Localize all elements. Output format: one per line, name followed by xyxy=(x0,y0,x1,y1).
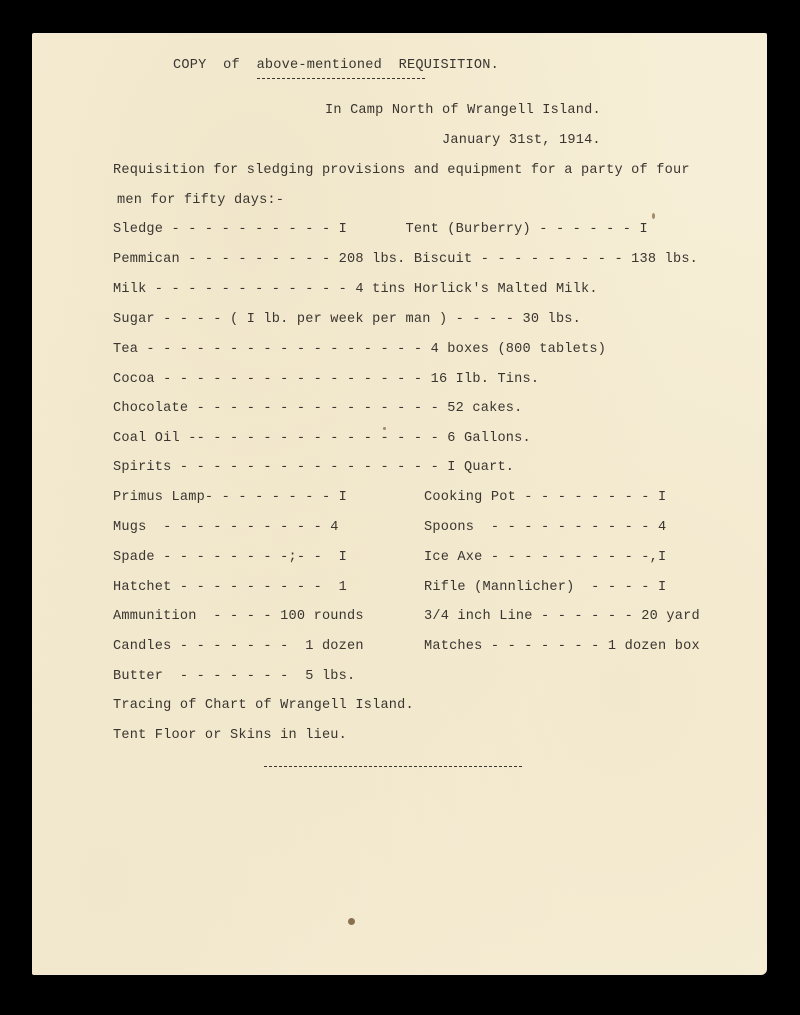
equip-left-spade: Spade - - - - - - - -;- - I xyxy=(113,550,347,566)
equip-right-spoons: Spoons - - - - - - - - - - 4 xyxy=(424,520,666,536)
document-heading: COPY of above-mentioned REQUISITION. xyxy=(173,58,499,74)
row-pemmican-biscuit: Pemmican - - - - - - - - - 208 lbs. Bisc… xyxy=(113,252,698,268)
date-line: January 31st, 1914. xyxy=(442,133,601,149)
equip-right-line: 3/4 inch Line - - - - - - 20 yard xyxy=(424,609,700,625)
equip-left-candles: Candles - - - - - - - 1 dozen xyxy=(113,639,364,655)
row-cocoa: Cocoa - - - - - - - - - - - - - - - - 16… xyxy=(113,372,539,388)
row-milk: Milk - - - - - - - - - - - - 4 tins Horl… xyxy=(113,282,598,298)
heading-underline xyxy=(257,78,425,79)
row-tea: Tea - - - - - - - - - - - - - - - - - 4 … xyxy=(113,342,606,358)
paper-spot xyxy=(348,918,355,925)
equip-left-hatchet: Hatchet - - - - - - - - - 1 xyxy=(113,580,347,596)
equip-right-cooking-pot: Cooking Pot - - - - - - - - I xyxy=(424,490,666,506)
intro-line-1: Requisition for sledging provisions and … xyxy=(113,163,690,179)
equip-right-matches: Matches - - - - - - - 1 dozen box xyxy=(424,639,700,655)
equip-left-ammunition: Ammunition - - - - 100 rounds xyxy=(113,609,364,625)
equip-left-mugs: Mugs - - - - - - - - - - 4 xyxy=(113,520,339,536)
equip-left-butter: Butter - - - - - - - 5 lbs. xyxy=(113,669,355,685)
row-sugar: Sugar - - - - ( I lb. per week per man )… xyxy=(113,312,581,328)
row-spirits: Spirits - - - - - - - - - - - - - - - - … xyxy=(113,460,514,476)
paper-spot xyxy=(383,427,386,430)
row-chocolate: Chocolate - - - - - - - - - - - - - - - … xyxy=(113,401,523,417)
closing-line-2: Tent Floor or Skins in lieu. xyxy=(113,728,347,744)
equip-left-primus-lamp: Primus Lamp- - - - - - - - I xyxy=(113,490,347,506)
closing-line-1: Tracing of Chart of Wrangell Island. xyxy=(113,698,414,714)
row-sledge-tent: Sledge - - - - - - - - - - I Tent (Burbe… xyxy=(113,222,648,238)
row-coal-oil: Coal Oil -- - - - - - - - - - - - - - - … xyxy=(113,431,531,447)
intro-line-2: men for fifty days:- xyxy=(117,193,284,209)
equip-right-rifle: Rifle (Mannlicher) - - - - I xyxy=(424,580,666,596)
paper-spot xyxy=(652,213,655,219)
location-line: In Camp North of Wrangell Island. xyxy=(325,103,601,119)
equip-right-ice-axe: Ice Axe - - - - - - - - - -,I xyxy=(424,550,666,566)
closing-rule xyxy=(264,766,522,767)
